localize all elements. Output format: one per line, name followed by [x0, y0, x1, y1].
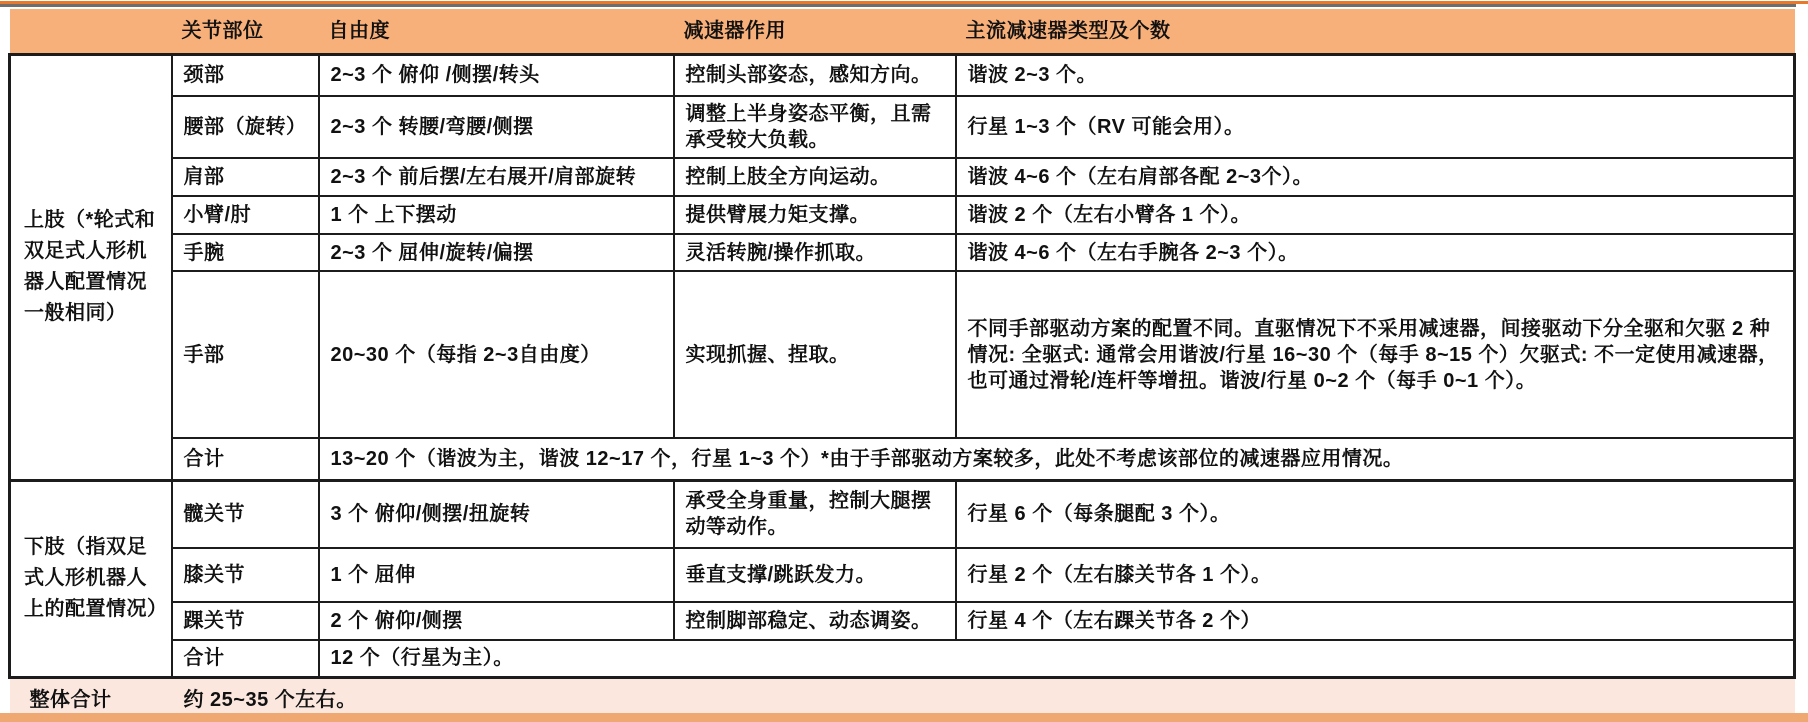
table-row-shoulder: 肩部 2~3 个 前后摆/左右展开/肩部旋转 控制上肢全方向运动。 谐波 4~6…: [10, 158, 1795, 196]
cell-waist-part: 腰部（旋转）: [172, 96, 319, 158]
cell-knee-dof: 1 个 屈伸: [319, 548, 674, 602]
cell-ankle-function: 控制脚部稳定、动态调姿。: [674, 602, 956, 640]
cell-waist-dof: 2~3 个 转腰/弯腰/侧摆: [319, 96, 674, 158]
column-header-empty: [10, 9, 172, 54]
table-row-ankle: 踝关节 2 个 俯仰/侧摆 控制脚部稳定、动态调姿。 行星 4 个（左右踝关节各…: [10, 602, 1795, 640]
cell-forearm-dof: 1 个 上下摆动: [319, 196, 674, 234]
table-row-upper-total: 合计 13~20 个（谐波为主，谐波 12~17 个，行星 1~3 个）*由于手…: [10, 438, 1795, 480]
cell-wrist-dof: 2~3 个 屈伸/旋转/偏摆: [319, 234, 674, 271]
cell-shoulder-reducer: 谐波 4~6 个（左右肩部各配 2~3个）。: [956, 158, 1795, 196]
cell-hip-dof: 3 个 俯仰/侧摆/扭旋转: [319, 480, 674, 548]
table-row-lower-total: 合计 12 个（行星为主）。: [10, 640, 1795, 677]
cell-forearm-reducer: 谐波 2 个（左右小臂各 1 个）。: [956, 196, 1795, 234]
cell-wrist-part: 手腕: [172, 234, 319, 271]
cell-neck-function: 控制头部姿态，感知方向。: [674, 54, 956, 96]
column-header-joint-part: 关节部位: [172, 9, 319, 54]
cell-shoulder-function: 控制上肢全方向运动。: [674, 158, 956, 196]
cell-neck-reducer: 谐波 2~3 个。: [956, 54, 1795, 96]
cell-lower-total-label: 合计: [172, 640, 319, 677]
cell-hip-part: 髋关节: [172, 480, 319, 548]
cell-upper-total-text: 13~20 个（谐波为主，谐波 12~17 个，行星 1~3 个）*由于手部驱动…: [319, 438, 1795, 480]
column-header-reducer-function: 减速器作用: [674, 9, 956, 54]
cell-waist-reducer: 行星 1~3 个（RV 可能会用）。: [956, 96, 1795, 158]
table-row-waist: 腰部（旋转） 2~3 个 转腰/弯腰/侧摆 调整上半身姿态平衡，且需承受较大负载…: [10, 96, 1795, 158]
cell-wrist-reducer: 谐波 4~6 个（左右手腕各 2~3 个）。: [956, 234, 1795, 271]
cell-hand-dof: 20~30 个（每指 2~3自由度）: [319, 271, 674, 438]
table-row-hand: 手部 20~30 个（每指 2~3自由度） 实现抓握、捏取。 不同手部驱动方案的…: [10, 271, 1795, 438]
column-header-dof: 自由度: [319, 9, 674, 54]
cell-hand-function: 实现抓握、捏取。: [674, 271, 956, 438]
cell-neck-dof: 2~3 个 俯仰 /侧摆/转头: [319, 54, 674, 96]
cell-knee-reducer: 行星 2 个（左右膝关节各 1 个）。: [956, 548, 1795, 602]
cell-neck-part: 颈部: [172, 54, 319, 96]
table-row-wrist: 手腕 2~3 个 屈伸/旋转/偏摆 灵活转腕/操作抓取。 谐波 4~6 个（左右…: [10, 234, 1795, 271]
table-row-knee: 膝关节 1 个 屈伸 垂直支撑/跳跃发力。 行星 2 个（左右膝关节各 1 个）…: [10, 548, 1795, 602]
cell-forearm-function: 提供臂展力矩支撑。: [674, 196, 956, 234]
table-row-neck: 上肢（*轮式和双足式人形机器人配置情况一般相同） 颈部 2~3 个 俯仰 /侧摆…: [10, 54, 1795, 96]
report-table-page: 关节部位 自由度 减速器作用 主流减速器类型及个数 上肢（*轮式和双足式人形机器…: [0, 0, 1808, 722]
cell-hand-part: 手部: [172, 271, 319, 438]
group-label-lower-limb: 下肢（指双足式人形机器人上的配置情况）: [10, 480, 172, 677]
table-row-forearm-elbow: 小臂/肘 1 个 上下摆动 提供臂展力矩支撑。 谐波 2 个（左右小臂各 1 个…: [10, 196, 1795, 234]
cell-knee-part: 膝关节: [172, 548, 319, 602]
table-row-hip: 下肢（指双足式人形机器人上的配置情况） 髋关节 3 个 俯仰/侧摆/扭旋转 承受…: [10, 480, 1795, 548]
group-label-upper-limb: 上肢（*轮式和双足式人形机器人配置情况一般相同）: [10, 54, 172, 480]
header-row: 关节部位 自由度 减速器作用 主流减速器类型及个数: [10, 9, 1795, 54]
cell-waist-function: 调整上半身姿态平衡，且需承受较大负载。: [674, 96, 956, 158]
cell-knee-function: 垂直支撑/跳跃发力。: [674, 548, 956, 602]
cell-lower-total-text: 12 个（行星为主）。: [319, 640, 1795, 677]
cell-ankle-part: 踝关节: [172, 602, 319, 640]
cell-forearm-part: 小臂/肘: [172, 196, 319, 234]
top-gray-rule: [0, 4, 1796, 7]
cell-hip-reducer: 行星 6 个（每条腿配 3 个）。: [956, 480, 1795, 548]
bottom-orange-band: [0, 713, 1808, 722]
column-header-reducer-type: 主流减速器类型及个数: [956, 9, 1795, 54]
cell-hip-function: 承受全身重量，控制大腿摆动等动作。: [674, 480, 956, 548]
cell-shoulder-dof: 2~3 个 前后摆/左右展开/肩部旋转: [319, 158, 674, 196]
cell-upper-total-label: 合计: [172, 438, 319, 480]
cell-ankle-dof: 2 个 俯仰/侧摆: [319, 602, 674, 640]
cell-ankle-reducer: 行星 4 个（左右踝关节各 2 个）: [956, 602, 1795, 640]
cell-shoulder-part: 肩部: [172, 158, 319, 196]
joint-reducer-table: 关节部位 自由度 减速器作用 主流减速器类型及个数 上肢（*轮式和双足式人形机器…: [8, 9, 1796, 722]
cell-wrist-function: 灵活转腕/操作抓取。: [674, 234, 956, 271]
cell-hand-reducer: 不同手部驱动方案的配置不同。直驱情况下不采用减速器，间接驱动下分全驱和欠驱 2 …: [956, 271, 1795, 438]
